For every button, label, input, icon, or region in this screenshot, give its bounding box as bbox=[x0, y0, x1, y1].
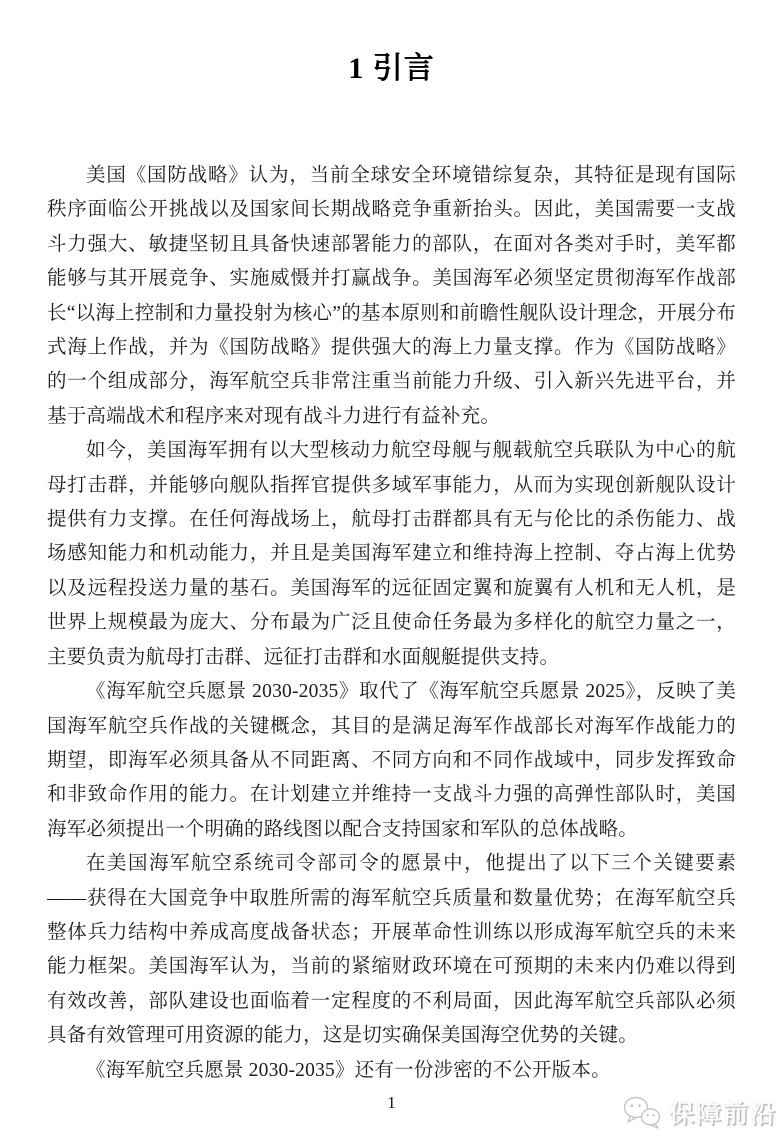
body-paragraph: 《海军航空兵愿景 2030-2035》还有一份涉密的不公开版本。 bbox=[47, 1054, 736, 1088]
page-title: 1 引言 bbox=[0, 0, 783, 89]
body-paragraph: 如今，美国海军拥有以大型核动力航空母舰与舰载航空兵联队为中心的航母打击群，并能够… bbox=[47, 434, 736, 675]
document-body: 美国《国防战略》认为，当前全球安全环境错综复杂，其特征是现有国际秩序面临公开挑战… bbox=[47, 159, 736, 1088]
watermark-label: 保障前沿 bbox=[669, 1094, 777, 1130]
body-paragraph: 《海军航空兵愿景 2030-2035》取代了《海军航空兵愿景 2025》，反映了… bbox=[47, 675, 736, 847]
body-paragraph: 在美国海军航空系统司令部司令的愿景中，他提出了以下三个关键要素——获得在大国竞争… bbox=[47, 847, 736, 1053]
watermark: 保障前沿 bbox=[622, 1094, 777, 1130]
body-paragraph: 美国《国防战略》认为，当前全球安全环境错综复杂，其特征是现有国际秩序面临公开挑战… bbox=[47, 159, 736, 434]
wechat-icon bbox=[622, 1095, 662, 1129]
document-page: 1 引言 美国《国防战略》认为，当前全球安全环境错综复杂，其特征是现有国际秩序面… bbox=[0, 0, 783, 1140]
